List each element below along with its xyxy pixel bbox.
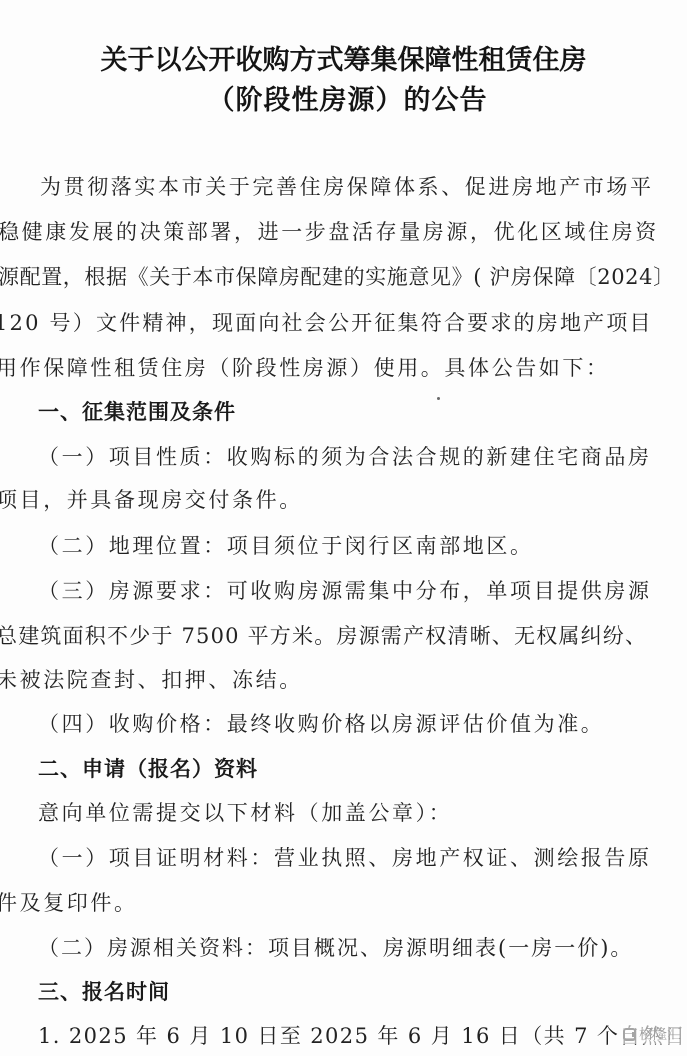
- section-1-line-1: （一）项目性质：收购标的须为合法合规的新建住宅商品房: [38, 443, 652, 471]
- watermark-text: 格隆汇: [639, 1024, 681, 1044]
- document-title-line-1: 关于以公开收购方式筹集保障性租赁住房: [0, 38, 687, 77]
- section-2-line-3: 件及复印件。: [0, 889, 138, 917]
- section-2-line-4: （二）房源相关资料：项目概况、房源明细表(一房一价)。: [38, 934, 633, 962]
- intro-line-1: 为贯彻落实本市关于完善住房保障体系、促进房地产市场平: [40, 173, 654, 201]
- document-page: 关于以公开收购方式筹集保障性租赁住房 （阶段性房源）的公告 为贯彻落实本市关于完…: [0, 0, 687, 1056]
- section-3-heading: 三、报名时间: [38, 978, 170, 1006]
- section-1-line-7: （四）收购价格：最终收购价格以房源评估价值为准。: [38, 710, 604, 738]
- intro-line-2: 稳健康发展的决策部署，进一步盘活存量房源，优化区域住房资: [0, 218, 659, 246]
- gelonghui-logo-icon: [623, 1028, 636, 1041]
- section-1-line-6: 未被法院查封、扣押、冻结。: [0, 666, 303, 694]
- intro-line-4: 120 号）文件精神，现面向社会公开征集符合要求的房地产项目: [0, 309, 653, 337]
- section-1-line-5: 总建筑面积不少于 7500 平方米。房源需产权清晰、无权属纠纷、: [0, 622, 647, 650]
- section-2-line-1: 意向单位需提交以下材料（加盖公章）：: [38, 799, 452, 827]
- document-title-line-2: （阶段性房源）的公告: [4, 78, 687, 117]
- watermark: 格隆汇: [621, 1024, 683, 1044]
- scan-speck: [437, 397, 440, 400]
- section-2-heading: 二、申请（报名）资料: [38, 755, 258, 783]
- intro-line-5: 用作保障性租赁住房（阶段性房源）使用。具体公告如下：: [0, 354, 610, 382]
- intro-line-3: 源配置，根据《关于本市保障房配建的实施意见》( 沪房保障〔2024〕: [0, 263, 675, 291]
- section-1-line-4: （三）房源要求：可收购房源需集中分布，单项目提供房源: [38, 577, 652, 605]
- section-3-line-1: 1. 2025 年 6 月 10 日至 2025 年 6 月 16 日（共 7 …: [38, 1022, 687, 1050]
- section-2-line-2: （一）项目证明材料：营业执照、房地产权证、测绘报告原: [38, 844, 652, 872]
- section-1-line-2: 项目，并具备现房交付条件。: [0, 486, 303, 514]
- section-1-heading: 一、征集范围及条件: [38, 398, 236, 426]
- section-1-line-3: （二）地理位置：项目须位于闵行区南部地区。: [38, 532, 534, 560]
